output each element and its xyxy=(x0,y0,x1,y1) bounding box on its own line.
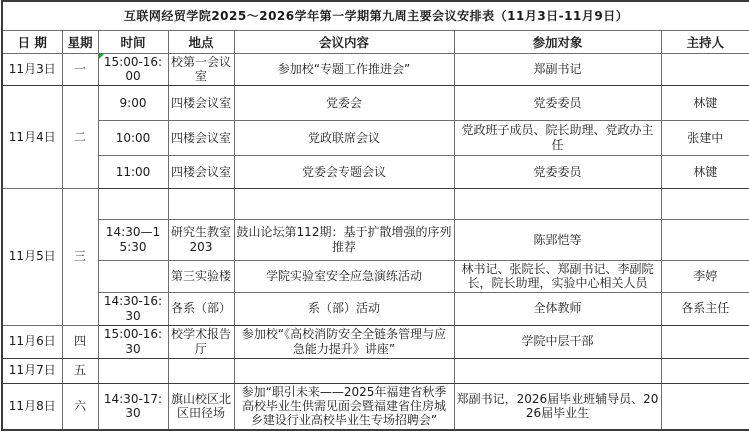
cell-week: 五 xyxy=(62,358,98,383)
column-header-place: 地点 xyxy=(168,31,234,54)
table-row: 11月5日 三 xyxy=(2,188,749,219)
table-row: 14:30-16:30 各系（部） 系（部）活动 全体教师 各系主任 xyxy=(2,292,749,325)
page-title: 互联网经贸学院2025～2026学年第一学期第九周主要会议安排表（11月3日-1… xyxy=(2,1,749,31)
cell-content: 参加校“专题工作推进会” xyxy=(234,54,454,86)
cell-week: 四 xyxy=(62,325,98,358)
cell-week: 三 xyxy=(62,188,98,325)
cell-place: 旗山校区北区田径场 xyxy=(168,383,234,430)
cell-content xyxy=(234,188,454,219)
cell-time: 15:00-16:30 xyxy=(98,325,168,358)
cell-date: 11月8日 xyxy=(2,383,62,430)
cell-place xyxy=(168,188,234,219)
cell-note-marker xyxy=(99,54,104,59)
cell-place: 校第一会议室 xyxy=(168,54,234,86)
cell-participants: 党委委员 xyxy=(454,155,661,188)
cell-place: 校学术报告厅 xyxy=(168,325,234,358)
cell-participants: 党委委员 xyxy=(454,85,661,120)
cell-participants: 全体教师 xyxy=(454,292,661,325)
cell-place: 四楼会议室 xyxy=(168,85,234,120)
cell-content: 系（部）活动 xyxy=(234,292,454,325)
table-row: 互联网经贸学院2025～2026学年第一学期第九周主要会议安排表（11月3日-1… xyxy=(2,1,749,31)
cell-time: 14:30-17:30 xyxy=(98,383,168,430)
cell-host: 各系主任 xyxy=(661,292,749,325)
cell-date: 11月6日 xyxy=(2,325,62,358)
cell-time: 11:00 xyxy=(98,155,168,188)
table-row: 11:00 四楼会议室 党委会专题会议 党委委员 林键 xyxy=(2,155,749,188)
cell-time: 14:30-16:30 xyxy=(98,292,168,325)
cell-content: 参加“职引未来——2025年福建省秋季高校毕业生供需见面会暨福建省住房城乡建设行… xyxy=(234,383,454,430)
cell-host xyxy=(661,325,749,358)
table-row: 11月3日 一 15:00-16:00 校第一会议室 参加校“专题工作推进会” … xyxy=(2,54,749,86)
cell-place: 四楼会议室 xyxy=(168,155,234,188)
cell-time: 10:00 xyxy=(98,120,168,155)
column-header-participants: 参加对象 xyxy=(454,31,661,54)
cell-time xyxy=(98,260,168,292)
cell-participants: 郑副书记，2026届毕业班辅导员、2026届毕业生 xyxy=(454,383,661,430)
cell-host xyxy=(661,383,749,430)
cell-time xyxy=(98,358,168,383)
cell-content: 鼓山论坛第112期：基于扩散增强的序列推荐 xyxy=(234,219,454,260)
cell-place: 第三实验楼 xyxy=(168,260,234,292)
cell-participants xyxy=(454,358,661,383)
cell-content: 党委会 xyxy=(234,85,454,120)
cell-host xyxy=(661,358,749,383)
cell-participants: 党政班子成员、院长助理、党政办主任 xyxy=(454,120,661,155)
cell-participants: 陈郢恺等 xyxy=(454,219,661,260)
table-row: 14:30—15:30 研究生教室203 鼓山论坛第112期：基于扩散增强的序列… xyxy=(2,219,749,260)
cell-host xyxy=(661,188,749,219)
cell-time: 9:00 xyxy=(98,85,168,120)
cell-content: 党委会专题会议 xyxy=(234,155,454,188)
cell-place: 各系（部） xyxy=(168,292,234,325)
table-row: 11月7日 五 xyxy=(2,358,749,383)
cell-time-text: 15:00-16:00 xyxy=(104,55,162,83)
cell-host: 林键 xyxy=(661,85,749,120)
cell-content: 党政联席会议 xyxy=(234,120,454,155)
cell-week: 一 xyxy=(62,54,98,86)
column-header-content: 会议内容 xyxy=(234,31,454,54)
cell-participants xyxy=(454,188,661,219)
cell-content: 学院实验室安全应急演练活动 xyxy=(234,260,454,292)
cell-date: 11月4日 xyxy=(2,85,62,188)
column-header-host: 主持人 xyxy=(661,31,749,54)
cell-participants: 林书记、张院长、郑副书记、李副院长，院长助理，实验中心相关人员 xyxy=(454,260,661,292)
cell-place xyxy=(168,358,234,383)
meeting-schedule-table: 互联网经贸学院2025～2026学年第一学期第九周主要会议安排表（11月3日-1… xyxy=(1,0,749,431)
cell-date: 11月3日 xyxy=(2,54,62,86)
column-header-week: 星期 xyxy=(62,31,98,54)
schedule-document: 互联网经贸学院2025～2026学年第一学期第九周主要会议安排表（11月3日-1… xyxy=(0,0,749,443)
cell-host xyxy=(661,219,749,260)
cell-week: 六 xyxy=(62,383,98,430)
cell-participants: 郑副书记 xyxy=(454,54,661,86)
table-row: 11月8日 六 14:30-17:30 旗山校区北区田径场 参加“职引未来——2… xyxy=(2,383,749,430)
cell-content xyxy=(234,358,454,383)
cell-place: 研究生教室203 xyxy=(168,219,234,260)
cell-host: 张建中 xyxy=(661,120,749,155)
cell-content: 参加校“《高校消防安全全链条管理与应急能力提升》讲座” xyxy=(234,325,454,358)
cell-participants: 学院中层干部 xyxy=(454,325,661,358)
cell-place: 四楼会议室 xyxy=(168,120,234,155)
table-row: 10:00 四楼会议室 党政联席会议 党政班子成员、院长助理、党政办主任 张建中 xyxy=(2,120,749,155)
cell-week: 二 xyxy=(62,85,98,188)
table-header-row: 日 期 星期 时间 地点 会议内容 参加对象 主持人 xyxy=(2,31,749,54)
cell-time xyxy=(98,188,168,219)
cell-host: 李婷 xyxy=(661,260,749,292)
cell-host xyxy=(661,54,749,86)
table-row: 11月6日 四 15:00-16:30 校学术报告厅 参加校“《高校消防安全全链… xyxy=(2,325,749,358)
table-row: 第三实验楼 学院实验室安全应急演练活动 林书记、张院长、郑副书记、李副院长，院长… xyxy=(2,260,749,292)
cell-date: 11月5日 xyxy=(2,188,62,325)
column-header-date: 日 期 xyxy=(2,31,62,54)
cell-time: 15:00-16:00 xyxy=(98,54,168,86)
cell-host: 林键 xyxy=(661,155,749,188)
cell-time: 14:30—15:30 xyxy=(98,219,168,260)
table-row: 11月4日 二 9:00 四楼会议室 党委会 党委委员 林键 xyxy=(2,85,749,120)
column-header-time: 时间 xyxy=(98,31,168,54)
cell-date: 11月7日 xyxy=(2,358,62,383)
